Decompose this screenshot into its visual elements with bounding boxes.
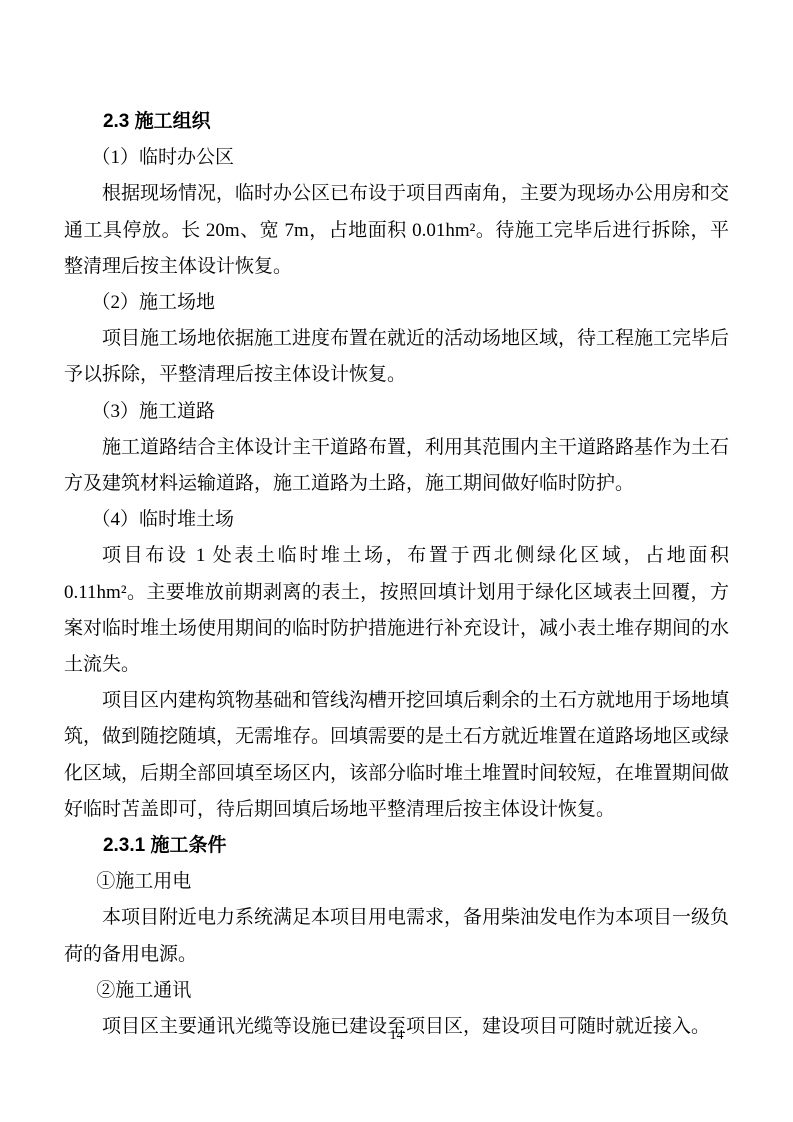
paragraph: 项目布设 1 处表土临时堆土场，布置于西北侧绿化区域，占地面积 0.11hm²。… xyxy=(64,538,729,683)
paragraph: 项目区内建构筑物基础和管线沟槽开挖回填后剩余的土石方就地用于场地填筑，做到随挖随… xyxy=(64,683,729,828)
page-number: 14 xyxy=(0,1028,793,1044)
document-body: 2.3 施工组织 （1）临时办公区 根据现场情况，临时办公区已布设于项目西南角，… xyxy=(64,104,729,1045)
subitem-heading-2: （2）施工场地 xyxy=(64,285,729,321)
paragraph: 项目施工场地依据施工进度布置在就近的活动场地区域，待工程施工完毕后予以拆除，平整… xyxy=(64,321,729,393)
subitem-heading-3: （3）施工道路 xyxy=(64,394,729,430)
document-page: 2.3 施工组织 （1）临时办公区 根据现场情况，临时办公区已布设于项目西南角，… xyxy=(0,0,793,1122)
subsection-heading: 2.3.1 施工条件 xyxy=(64,828,729,864)
subitem-heading-1: （1）临时办公区 xyxy=(64,140,729,176)
numbered-item-1: ①施工用电 xyxy=(64,864,729,900)
numbered-item-2: ②施工通讯 xyxy=(64,973,729,1009)
paragraph: 本项目附近电力系统满足本项目用电需求，备用柴油发电作为本项目一级负荷的备用电源。 xyxy=(64,900,729,972)
paragraph: 根据现场情况，临时办公区已布设于项目西南角，主要为现场办公用房和交通工具停放。长… xyxy=(64,176,729,285)
section-heading: 2.3 施工组织 xyxy=(64,104,729,140)
subitem-heading-4: （4）临时堆土场 xyxy=(64,502,729,538)
paragraph: 施工道路结合主体设计主干道路布置，利用其范围内主干道路路基作为土石方及建筑材料运… xyxy=(64,430,729,502)
